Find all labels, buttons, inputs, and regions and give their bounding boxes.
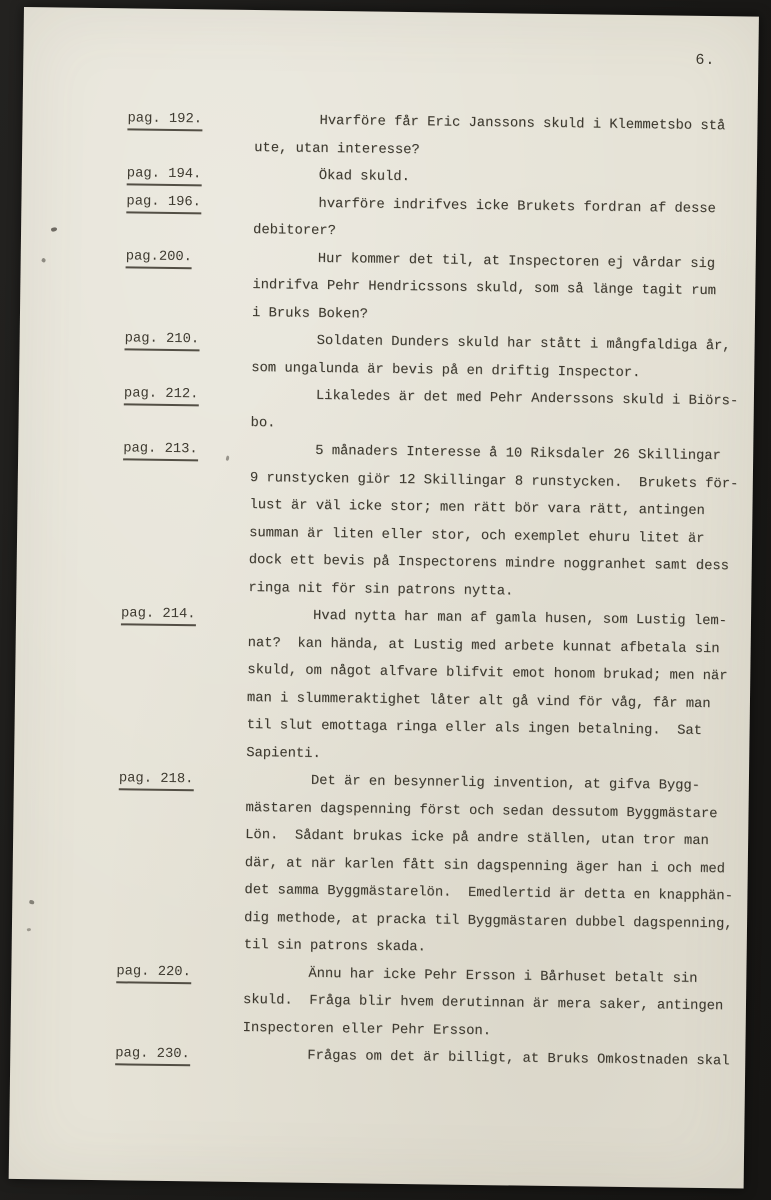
page-ref-text: pag. 212.: [124, 384, 199, 406]
ledger-entry: pag.200.Hur kommer det til, at Inspector…: [20, 241, 756, 333]
entries-list: pag. 192.Hvarföre får Eric Janssons skul…: [10, 104, 758, 1076]
ledger-entry: pag. 220.Ännu har icke Pehr Ersson i Bår…: [10, 956, 746, 1048]
page-ref-label: pag. 196.: [21, 186, 253, 217]
page-ref-label: pag. 214.: [16, 599, 248, 630]
entry-text: hvarföre indrifves icke Brukets fordran …: [253, 190, 757, 252]
document-page: 6. pag. 192.Hvarföre får Eric Janssons s…: [9, 7, 759, 1189]
page-ref-text: pag. 218.: [119, 769, 194, 791]
ledger-entry: pag. 214.Hvad nytta har man af gamla hus…: [14, 599, 751, 774]
entry-text: Det är en besynnerlig invention, at gifv…: [244, 767, 749, 966]
photo-backdrop: 6. pag. 192.Hvarföre får Eric Janssons s…: [0, 0, 771, 1200]
ledger-entry: pag. 218.Det är en besynnerlig invention…: [12, 764, 749, 966]
entry-text: Hur kommer det til, at Inspectoren ej vå…: [252, 245, 756, 334]
page-ref-text: pag. 213.: [123, 439, 198, 461]
page-ref-label: pag. 220.: [11, 956, 243, 987]
ledger-entry: pag. 192.Hvarföre får Eric Janssons skul…: [22, 104, 758, 169]
entry-text: Likaledes är det med Pehr Anderssons sku…: [250, 382, 754, 444]
entry-text: Frågas om det är billigt, at Bruks Omkos…: [242, 1042, 745, 1076]
page-ref-label: pag. 213.: [18, 434, 250, 465]
page-ref-label: pag. 210.: [19, 324, 251, 355]
ledger-entry: pag. 213.5 månaders Interesse å 10 Riksd…: [16, 434, 753, 609]
ledger-entry: pag. 196.hvarföre indrifves icke Brukets…: [21, 186, 757, 251]
ledger-entry: pag. 212.Likaledes är det med Pehr Ander…: [18, 379, 754, 444]
entry-text-line: Frågas om det är billigt, at Bruks Omkos…: [242, 1042, 745, 1076]
page-ref-label: pag. 194.: [22, 159, 254, 190]
ledger-entry: pag. 210.Soldaten Dunders skuld har ståt…: [19, 324, 755, 389]
page-ref-label: pag. 218.: [14, 764, 246, 795]
entry-text: Hvad nytta har man af gamla husen, som L…: [246, 602, 751, 774]
entry-text: 5 månaders Interesse å 10 Riksdaler 26 S…: [248, 437, 753, 609]
page-ref-text: pag. 210.: [125, 329, 200, 351]
page-ref-label: pag.200.: [21, 241, 253, 272]
page-ref-text: pag. 220.: [116, 962, 191, 984]
page-ref-label: pag. 230.: [10, 1039, 242, 1070]
page-ref-label: pag. 192.: [22, 104, 254, 135]
page-ref-text: pag. 196.: [126, 192, 201, 214]
page-ref-text: pag. 192.: [127, 109, 202, 131]
page-number: 6.: [695, 52, 715, 69]
entry-text: Ännu har icke Pehr Ersson i Bårhuset bet…: [242, 959, 746, 1048]
page-ref-text: pag. 230.: [115, 1044, 190, 1066]
page-ref-text: pag. 194.: [127, 164, 202, 186]
entry-text: Soldaten Dunders skuld har stått i mångf…: [251, 327, 755, 389]
entry-text: Hvarföre får Eric Janssons skuld i Klemm…: [254, 107, 758, 169]
page-ref-text: pag. 214.: [121, 604, 196, 626]
page-ref-label: pag. 212.: [19, 379, 251, 410]
page-ref-text: pag.200.: [126, 247, 193, 269]
